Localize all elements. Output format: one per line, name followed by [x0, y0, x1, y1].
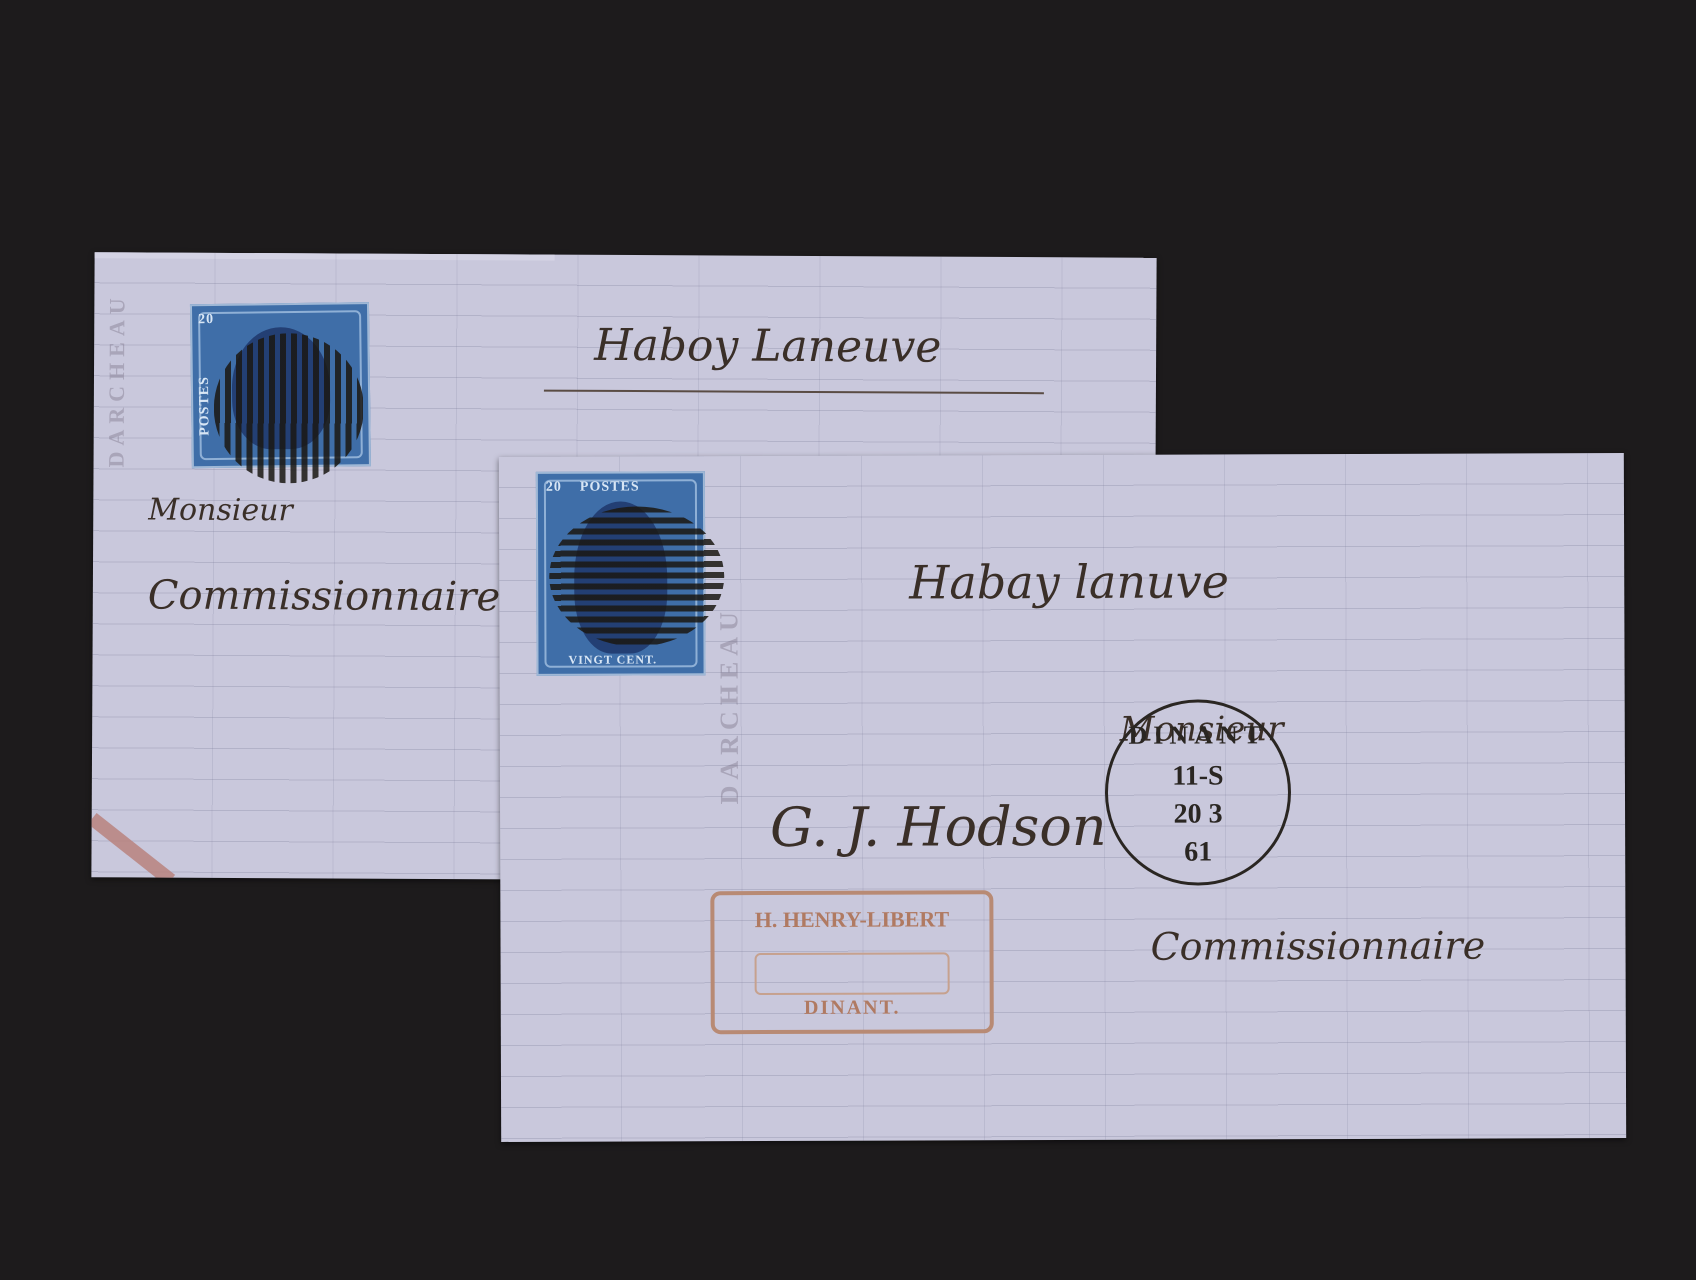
address-line-3: G. J. Hodson — [770, 795, 1107, 859]
stamp-top-text: POSTES — [580, 479, 640, 495]
postmark-line2: 20 3 — [1108, 798, 1288, 831]
front-cover: DARCHEAU 20 POSTES VINGT CENT. Habay lan… — [499, 453, 1626, 1142]
postmark-line1: 11-S — [1108, 760, 1288, 793]
faint-imprint: DARCHEAU — [104, 292, 131, 467]
photo-background: { "scene": { "description": "Two folded … — [0, 0, 1696, 1280]
stamp-denomination: 20 — [198, 312, 214, 328]
grid-cancel — [549, 506, 724, 647]
cachet-name: H. HENRY-LIBERT — [714, 906, 989, 933]
stamp-top-text: POSTES — [197, 376, 214, 436]
sender-cachet: H. HENRY-LIBERT DINANT. — [710, 890, 993, 1034]
cachet-inner-box — [755, 952, 950, 995]
postmark-town: DINANT — [1108, 720, 1288, 751]
faint-imprint: DARCHEAU — [714, 606, 745, 804]
address-line-3: Commissionnaire — [148, 573, 500, 621]
dinant-postmark: DINANT 11-S 20 3 61 — [1105, 699, 1292, 886]
cachet-town: DINANT. — [715, 996, 990, 1020]
stamp-denomination: 20 — [546, 480, 562, 496]
stamp-bottom-text: VINGT CENT. — [568, 652, 657, 667]
postmark-line3: 61 — [1108, 836, 1288, 869]
address-line-2: Monsieur — [148, 493, 293, 529]
grid-cancel — [213, 333, 364, 484]
address-line-4: Commissionnaire — [1150, 924, 1485, 969]
address-line-1: Habay lanuve — [909, 554, 1229, 609]
address-line-1: Haboy Laneuve — [594, 320, 941, 373]
